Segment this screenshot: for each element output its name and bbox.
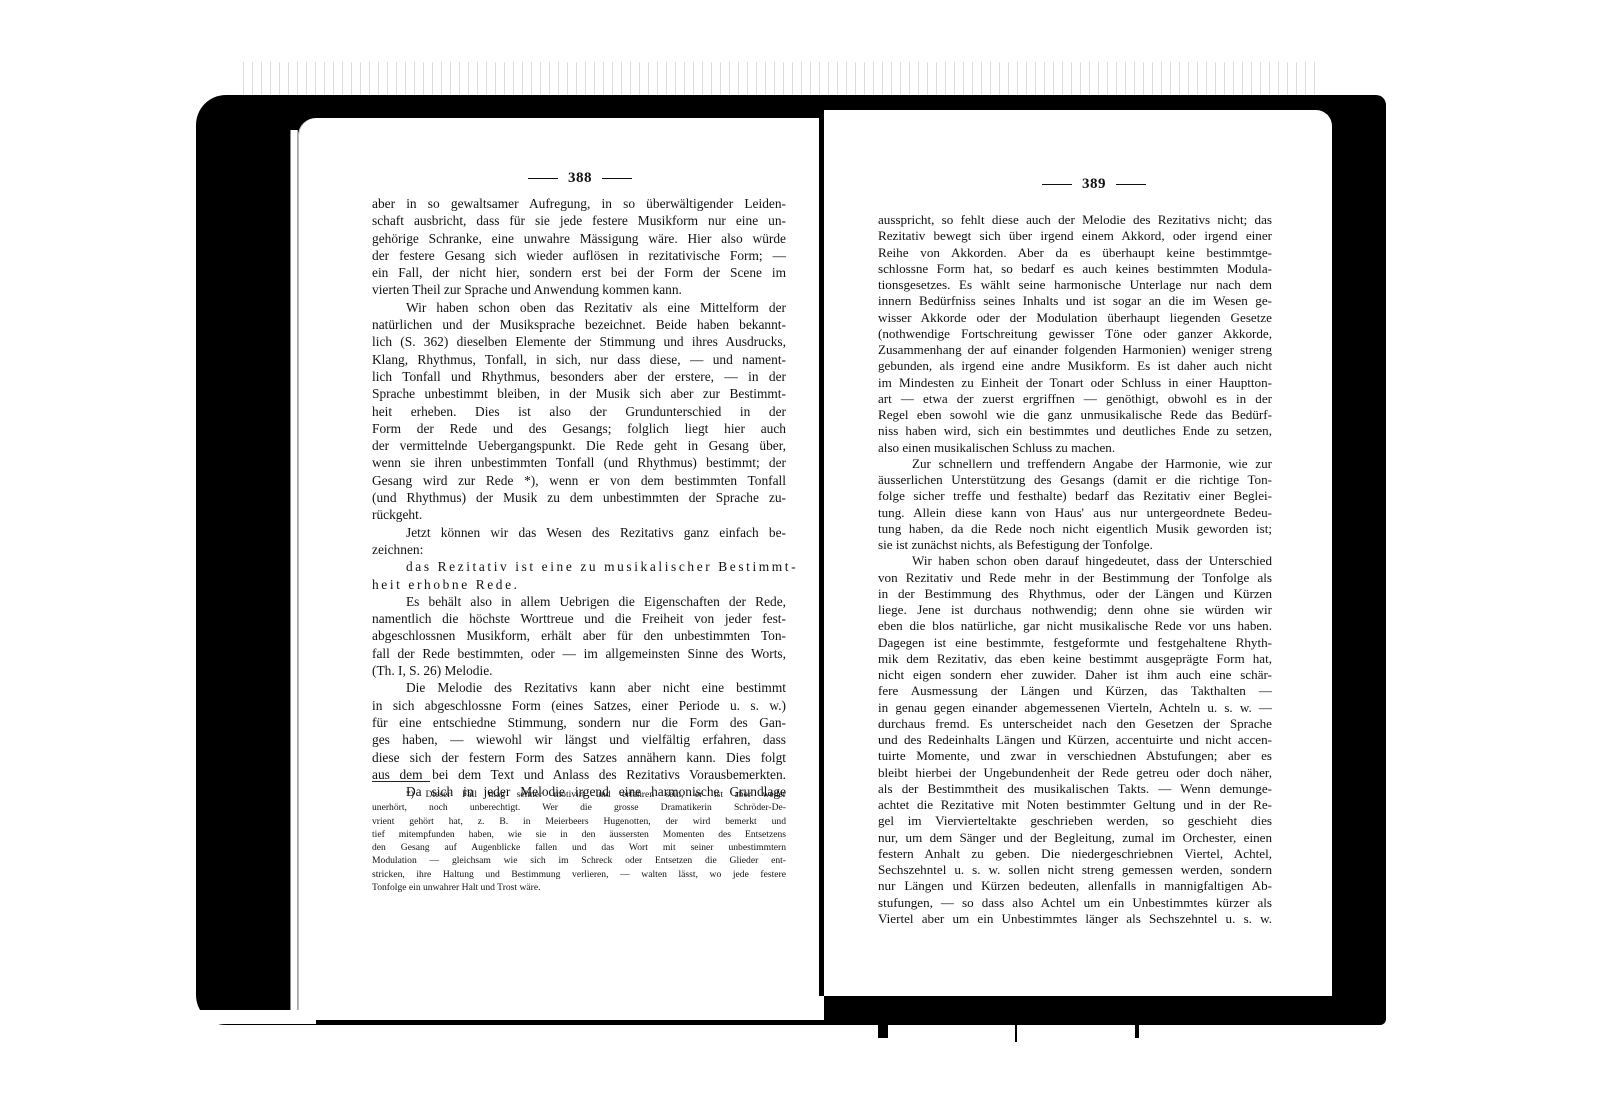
text-line: gel im Viervierteltakte geschrieben werd… <box>878 813 1272 829</box>
text-line: den Gesang auf Augenblicke fallen und da… <box>372 841 786 854</box>
header-dash <box>1042 184 1072 185</box>
text-line: tung. Allein diese kann von Haus' aus nu… <box>878 505 1272 521</box>
text-line: (und Rhythmus) der Musik zu dem unbestim… <box>372 489 786 506</box>
text-line: Die Melodie des Rezitativs kann aber nic… <box>372 679 786 696</box>
left-page-stack-edge <box>290 130 298 1015</box>
text-line: tionsgesetzes. Es wählt seine harmonisch… <box>878 277 1272 293</box>
text-line: niss haben wird, sich ein bestimmtes und… <box>878 423 1272 439</box>
text-line: als der Bestimmtheit des musikalischen T… <box>878 781 1272 797</box>
text-line: wenn sie ihren unbestimmten Tonfall (und… <box>372 454 786 471</box>
header-dash <box>602 178 632 179</box>
scan-mark <box>1015 996 1017 1042</box>
text-line: ges haben, — wiewohl wir längst und viel… <box>372 731 786 748</box>
text-line: tuirte Momente, und zwar in verschiednen… <box>878 748 1272 764</box>
text-line: heit erhobne Rede. <box>372 576 786 593</box>
text-line: Sechszehntel u. s. w. sollen nicht stren… <box>878 862 1272 878</box>
page-number-text: 388 <box>568 170 592 186</box>
text-line: in genau gegen einander abgemessenen Vie… <box>878 700 1272 716</box>
text-line: Viertel aber um ein Unbestimmtes länger … <box>878 911 1272 927</box>
text-line: Es behält also in allem Uebrigen die Eig… <box>372 593 786 610</box>
text-line: also einen musikalischen Schluss zu mach… <box>878 440 1272 456</box>
right-page-body: ausspricht, so fehlt diese auch der Melo… <box>878 212 1272 927</box>
text-line: nur Längen und Kürzen bedeuten, allenfal… <box>878 878 1272 894</box>
text-line: natürlichen und der Musiksprache bezeich… <box>372 316 786 333</box>
text-line: festern Anhalt zu geben. Die niedergesch… <box>878 846 1272 862</box>
text-line: Modulation — gleichsam wie sich im Schre… <box>372 854 786 867</box>
text-line: in sich abgeschlossne Form (eines Satzes… <box>372 697 786 714</box>
text-line: vrient gehört hat, z. B. in Meierbeers H… <box>372 815 786 828</box>
text-line: ausspricht, so fehlt diese auch der Melo… <box>878 212 1272 228</box>
text-line: in der Bestimmung des Rhythmus, oder der… <box>878 586 1272 602</box>
text-line: *) Dieser Fall mag seltner motivirt und … <box>372 788 786 801</box>
text-line: Sprache unbestimmt bleiben, in der Musik… <box>372 385 786 402</box>
text-line: gebunden, als irgend eine andre Musikfor… <box>878 358 1272 374</box>
text-line: sie ist zunächst nichts, als Befestigung… <box>878 537 1272 553</box>
text-line: der vermittelnde Uebergangspunkt. Die Re… <box>372 437 786 454</box>
text-line: unerhört, noch unberechtigt. Wer die gro… <box>372 801 786 814</box>
scan-mark <box>878 996 888 1038</box>
text-line: Wir haben schon oben darauf hingedeutet,… <box>878 553 1272 569</box>
text-line: Zusammenhang der auf einander folgenden … <box>878 342 1272 358</box>
text-line: lich (S. 362) dieselben Elemente der Sti… <box>372 333 786 350</box>
text-line: nicht eigen sondern eher zuwider. Daher … <box>878 667 1272 683</box>
text-line: eben die blos natürliche, gar nicht musi… <box>878 618 1272 634</box>
text-line: Dagegen ist eine bestimmte, festgeformte… <box>878 635 1272 651</box>
left-page-footnote: *) Dieser Fall mag seltner motivirt und … <box>372 788 786 894</box>
scan-mark <box>1135 996 1139 1038</box>
text-line: durchaus fremd. Es unterscheidet nach de… <box>878 716 1272 732</box>
text-line: gehörige Schranke, eine unwahre Mässigun… <box>372 230 786 247</box>
text-line: (nothwendige Fortschreitung gewisser Tön… <box>878 326 1272 342</box>
text-line: ein Fall, der nicht hier, sondern erst b… <box>372 264 786 281</box>
text-line: Regel eben sowohl wie die ganz unmusikal… <box>878 407 1272 423</box>
text-line: im Mindesten zu Einheit der Tonart oder … <box>878 375 1272 391</box>
header-dash <box>1116 184 1146 185</box>
text-line: rückgeht. <box>372 506 786 523</box>
book-spine <box>819 98 822 996</box>
text-line: tung haben, da die Rede noch nicht eigen… <box>878 521 1272 537</box>
text-line: achtet die Rezitative mit Noten bestimmt… <box>878 797 1272 813</box>
text-line: lich Tonfall und Rhythmus, besonders abe… <box>372 368 786 385</box>
text-line: Klang, Rhythmus, Tonfall, in sich, nur d… <box>372 351 786 368</box>
text-line: von Rezitativ und Rede mehr in der Besti… <box>878 570 1272 586</box>
text-line: und des Redeinhalts Längen und Kürzen, a… <box>878 732 1272 748</box>
text-line: fere Ausmessung der Längen und Kürzen, d… <box>878 683 1272 699</box>
text-line: art — etwa der zuerst ergriffnen — genöt… <box>878 391 1272 407</box>
text-line: der festere Gesang sich wieder auflösen … <box>372 247 786 264</box>
text-line: nur, um dem Sänger und der Begleitung, z… <box>878 830 1272 846</box>
text-line: liege. Jene ist durchaus nothwendig; den… <box>878 602 1272 618</box>
text-line: diese sich der festern Form des Satzes a… <box>372 749 786 766</box>
text-line: zeichnen: <box>372 541 786 558</box>
text-line: stufungen, — so dass also Achtel um ein … <box>878 895 1272 911</box>
text-line: Jetzt können wir das Wesen des Rezitativ… <box>372 524 786 541</box>
scan-mark <box>196 1010 316 1024</box>
text-line: (Th. I, S. 26) Melodie. <box>372 662 786 679</box>
text-line: abgeschlossnen Musikform, erhält aber fü… <box>372 627 786 644</box>
text-line: Wir haben schon oben das Rezitativ als e… <box>372 299 786 316</box>
text-line: tief mitempfunden haben, wie sie in den … <box>372 828 786 841</box>
text-line: das Rezitativ ist eine zu musikalischer … <box>372 558 786 575</box>
left-page-body: aber in so gewaltsamer Aufregung, in so … <box>372 195 786 800</box>
page-number-text: 389 <box>1082 176 1106 192</box>
text-line: namentlich die höchste Worttreue und die… <box>372 610 786 627</box>
text-line: Gesang wird zur Rede *), wenn er von dem… <box>372 472 786 489</box>
text-line: innern Bedürfniss seines Inhalts und ist… <box>878 293 1272 309</box>
text-line: schaft ausbricht, dass für sie jede fest… <box>372 212 786 229</box>
text-line: Reihe von Akkorden. Aber da es überhaupt… <box>878 245 1272 261</box>
text-line: fall der Rede bestimmten, oder — im allg… <box>372 645 786 662</box>
text-line: aber in so gewaltsamer Aufregung, in so … <box>372 195 786 212</box>
text-line: wisser Akkorde oder der Modulation überh… <box>878 310 1272 326</box>
page-number-right: 389 <box>1032 176 1156 193</box>
text-line: stricken, ihre Haltung und Bestimmung ve… <box>372 868 786 881</box>
text-line: bleibt hierbei der Ungebundenheit der Re… <box>878 765 1272 781</box>
text-line: Rezitativ bewegt sich über irgend einem … <box>878 228 1272 244</box>
text-line: mik dem Rezitativ, das eben keine bestim… <box>878 651 1272 667</box>
page-number-left: 388 <box>518 170 642 187</box>
text-line: aus dem bei dem Text und Anlass des Rezi… <box>372 766 786 783</box>
text-line: Zur schnellern und treffendern Angabe de… <box>878 456 1272 472</box>
text-line: vierten Theil zur Sprache und Anwendung … <box>372 281 786 298</box>
text-line: äusserlichen Unterstützung des Gesangs (… <box>878 472 1272 488</box>
text-line: Form der Rede und des Gesangs; folglich … <box>372 420 786 437</box>
text-line: folge sicher treffe und festhalte) bedar… <box>878 488 1272 504</box>
text-line: Tonfolge ein unwahrer Halt und Trost wär… <box>372 881 786 894</box>
text-line: heit erheben. Dies ist also der Grundunt… <box>372 403 786 420</box>
footnote-separator <box>372 781 430 782</box>
header-dash <box>528 178 558 179</box>
text-line: schlossne Form hat, so bedarf es auch ke… <box>878 261 1272 277</box>
text-line: für eine entschiedne Stimmung, sondern n… <box>372 714 786 731</box>
